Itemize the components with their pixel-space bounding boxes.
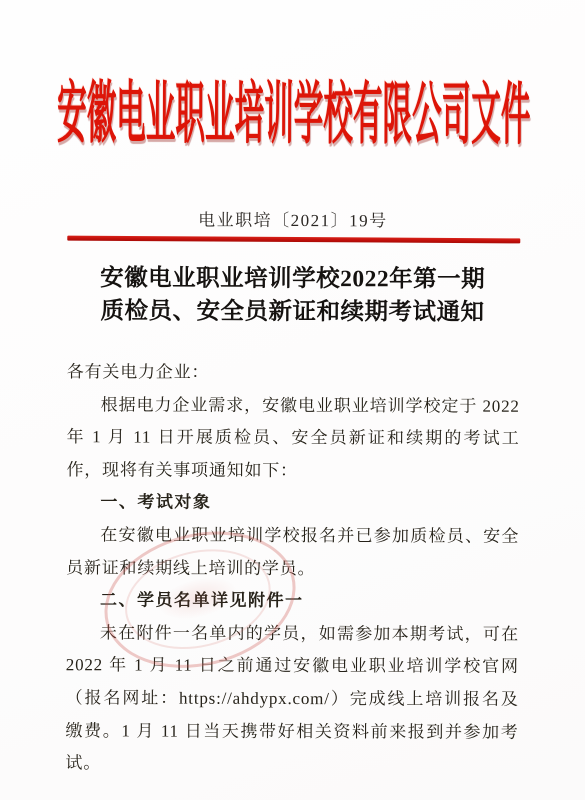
letterhead: 安徽电业职业培训学校有限公司文件 bbox=[1, 71, 585, 157]
body-paragraph: 各有关电力企业： bbox=[67, 356, 520, 390]
document-body: 各有关电力企业：根据电力企业需求，安徽电业职业培训学校定于 2022 年 1 月… bbox=[65, 356, 519, 781]
document-title-line2: 质检员、安全员新证和续期考试通知 bbox=[0, 295, 585, 330]
body-paragraph: 未在附件一名单内的学员，如需参加本期考试，可在 2022 年 1 月 11 日之… bbox=[65, 617, 519, 782]
red-divider-line bbox=[67, 236, 520, 243]
document-number: 电业职培〔2021〕19号 bbox=[0, 205, 585, 232]
section-heading: 一、考试对象 bbox=[66, 487, 519, 521]
document-title: 安徽电业职业培训学校2022年第一期 质检员、安全员新证和续期考试通知 bbox=[0, 262, 585, 330]
letterhead-title: 安徽电业职业培训学校有限公司文件 bbox=[56, 71, 530, 157]
body-paragraph: 根据电力企业需求，安徽电业职业培训学校定于 2022 年 1 月 11 日开展质… bbox=[66, 389, 519, 488]
body-paragraph: 在安徽电业职业培训学校报名并已参加质检员、安全员新证和续期线上培训的学员。 bbox=[66, 519, 519, 586]
document-page: 安徽电业职业培训学校有限公司文件 电业职培〔2021〕19号 安徽电业职业培训学… bbox=[0, 0, 585, 800]
document-title-line1: 安徽电业职业培训学校2022年第一期 bbox=[0, 262, 585, 297]
scanned-sheet: 安徽电业职业培训学校有限公司文件 电业职培〔2021〕19号 安徽电业职业培训学… bbox=[0, 0, 585, 800]
section-heading: 二、学员名单详见附件一 bbox=[66, 584, 519, 618]
